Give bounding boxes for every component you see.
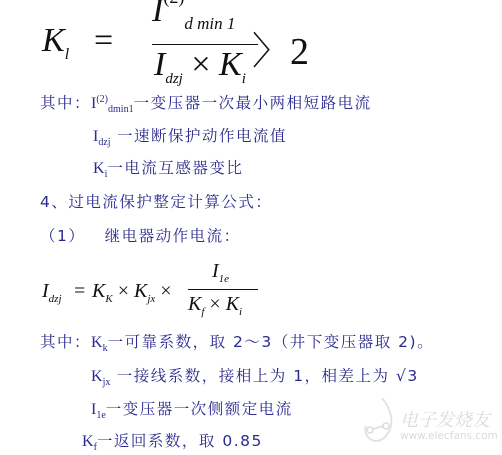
formula-kl-lhs: Kl [42, 22, 69, 64]
section-heading: 4、过电流保护整定计算公式： [40, 190, 272, 212]
numerator: I(2)d min 1 [152, 0, 235, 34]
subsection-heading: （1） 继电器动作电流： [40, 224, 241, 246]
definition-line: Kjx 一接线系数，接相上为 1，相差上为 √3 [91, 364, 419, 388]
denominator: Idzj × Ki [154, 46, 246, 88]
watermark-brand: 电子发烧友 [400, 406, 490, 432]
definition-line: I1e一变压器一次侧额定电流 [91, 397, 293, 421]
definition-line: 其中：Kk一可靠系数，取 2～3（井下变压器取 2)。 [40, 330, 434, 354]
watermark-url: www.elecfans.com [400, 430, 498, 442]
definition-line: 其中：I(2)dmin1一变压器一次最小两相短路电流 [40, 91, 372, 115]
fraction-bar [188, 289, 258, 290]
watermark: 电子发烧友 www.elecfans.com [355, 388, 502, 455]
definition-line: Idzj 一速断保护动作电流值 [93, 124, 287, 148]
definition-line: Kf一返回系数，取 0.85 [82, 429, 263, 453]
greater-than-2: 〉2 [252, 20, 309, 75]
fraction-bar [152, 44, 258, 45]
elecfans-logo-icon [360, 396, 400, 446]
definition-line: Ki一电流互感器变比 [93, 156, 243, 180]
equals-sign: = [94, 22, 113, 60]
